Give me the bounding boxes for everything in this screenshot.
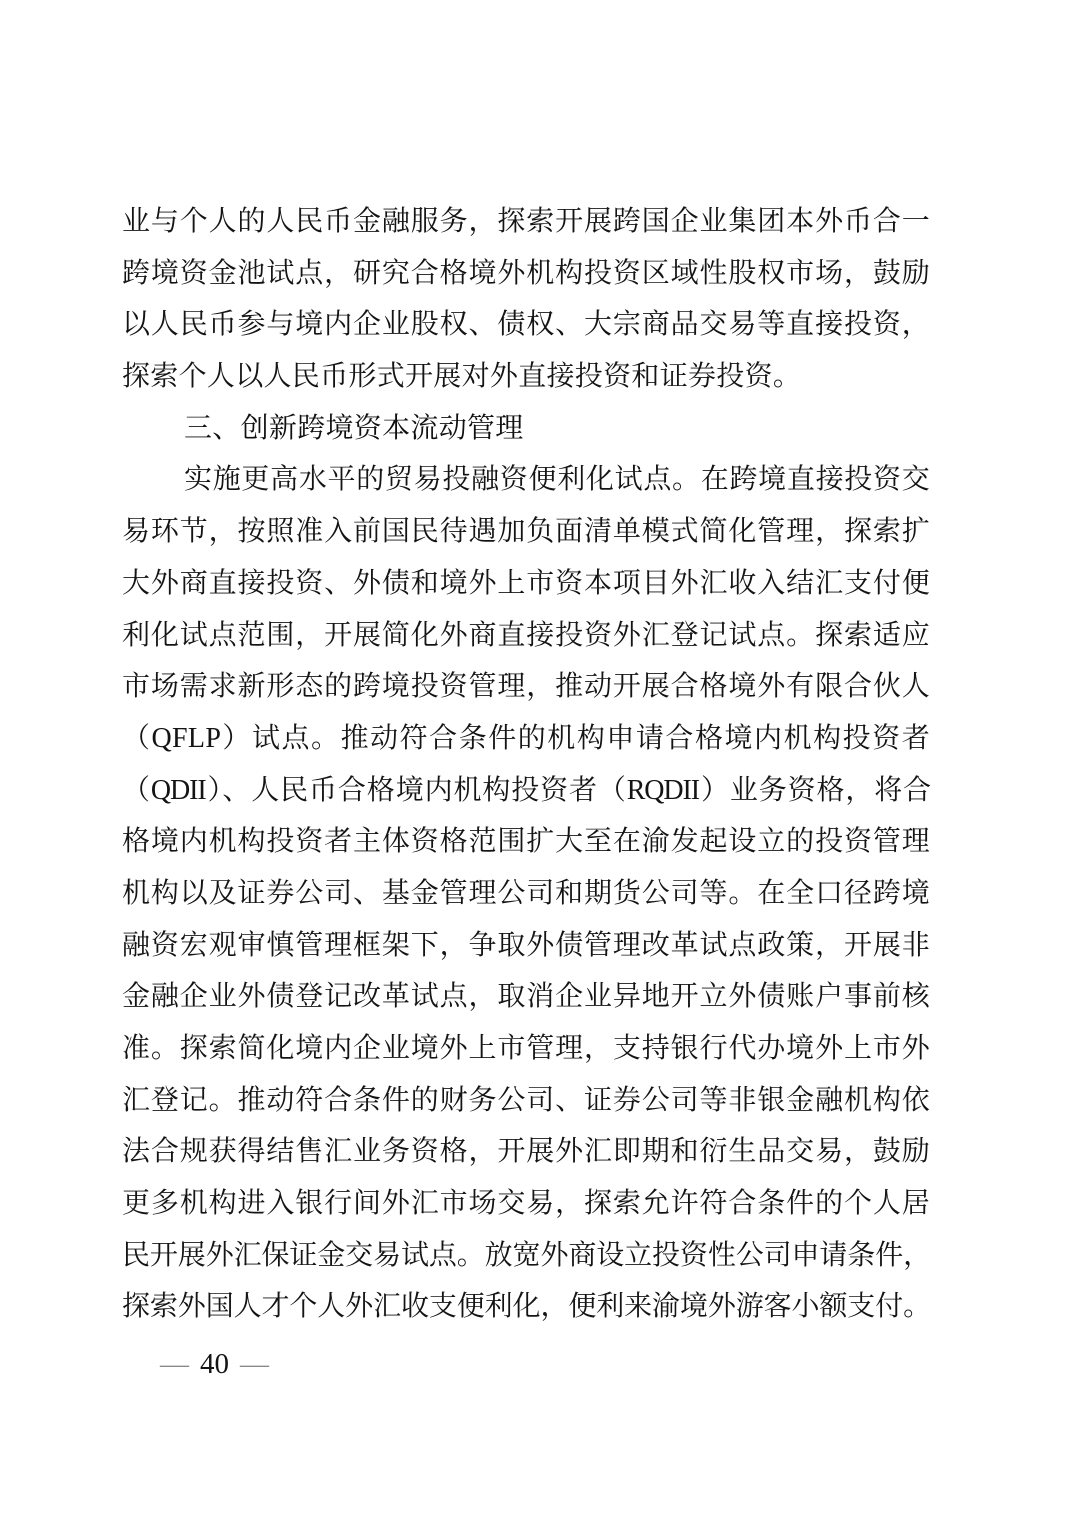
body-text: 业与个人的人民币金融服务，探索开展跨国企业集团本外币合一 跨境资金池试点，研究合… [122, 196, 930, 1333]
text-line: （QFLP）试点。推动符合条件的机构申请合格境内机构投资者 [122, 713, 930, 765]
section-heading: 三、创新跨境资本流动管理 [122, 403, 930, 455]
text-line: 法合规获得结售汇业务资格，开展外汇即期和衍生品交易，鼓励 [122, 1126, 930, 1178]
text-line: 金融企业外债登记改革试点，取消企业异地开立外债账户事前核 [122, 971, 930, 1023]
text-line: 格境内机构投资者主体资格范围扩大至在渝发起设立的投资管理 [122, 816, 930, 868]
text-line: 探索外国人才个人外汇收支便利化，便利来渝境外游客小额支付。 [122, 1281, 930, 1333]
page-number: 40 [200, 1348, 229, 1380]
page-number-dash-left: — [160, 1348, 189, 1380]
text-line: 利化试点范围，开展简化外商直接投资外汇登记试点。探索适应 [122, 610, 930, 662]
text-line: （QDII）、人民币合格境内机构投资者（RQDII）业务资格，将合 [122, 765, 930, 817]
page-number-dash-right: — [240, 1348, 269, 1380]
text-line: 更多机构进入银行间外汇市场交易，探索允许符合条件的个人居 [122, 1178, 930, 1230]
text-line: 机构以及证券公司、基金管理公司和期货公司等。在全口径跨境 [122, 868, 930, 920]
text-line: 汇登记。推动符合条件的财务公司、证券公司等非银金融机构依 [122, 1075, 930, 1127]
text-line: 准。探索简化境内企业境外上市管理，支持银行代办境外上市外 [122, 1023, 930, 1075]
text-line: 民开展外汇保证金交易试点。放宽外商设立投资性公司申请条件， [122, 1230, 930, 1282]
text-line: 实施更高水平的贸易投融资便利化试点。在跨境直接投资交 [122, 454, 930, 506]
text-line: 融资宏观审慎管理框架下，争取外债管理改革试点政策，开展非 [122, 920, 930, 972]
text-line: 业与个人的人民币金融服务，探索开展跨国企业集团本外币合一 [122, 196, 930, 248]
document-page: 业与个人的人民币金融服务，探索开展跨国企业集团本外币合一 跨境资金池试点，研究合… [0, 0, 1074, 1520]
text-line: 大外商直接投资、外债和境外上市资本项目外汇收入结汇支付便 [122, 558, 930, 610]
text-line: 探索个人以人民币形式开展对外直接投资和证券投资。 [122, 351, 930, 403]
text-line: 市场需求新形态的跨境投资管理，推动开展合格境外有限合伙人 [122, 661, 930, 713]
text-line: 以人民币参与境内企业股权、债权、大宗商品交易等直接投资， [122, 299, 930, 351]
text-line: 跨境资金池试点，研究合格境外机构投资区域性股权市场，鼓励 [122, 248, 930, 300]
page-footer: —40— [160, 1347, 269, 1381]
text-line: 易环节，按照准入前国民待遇加负面清单模式简化管理，探索扩 [122, 506, 930, 558]
